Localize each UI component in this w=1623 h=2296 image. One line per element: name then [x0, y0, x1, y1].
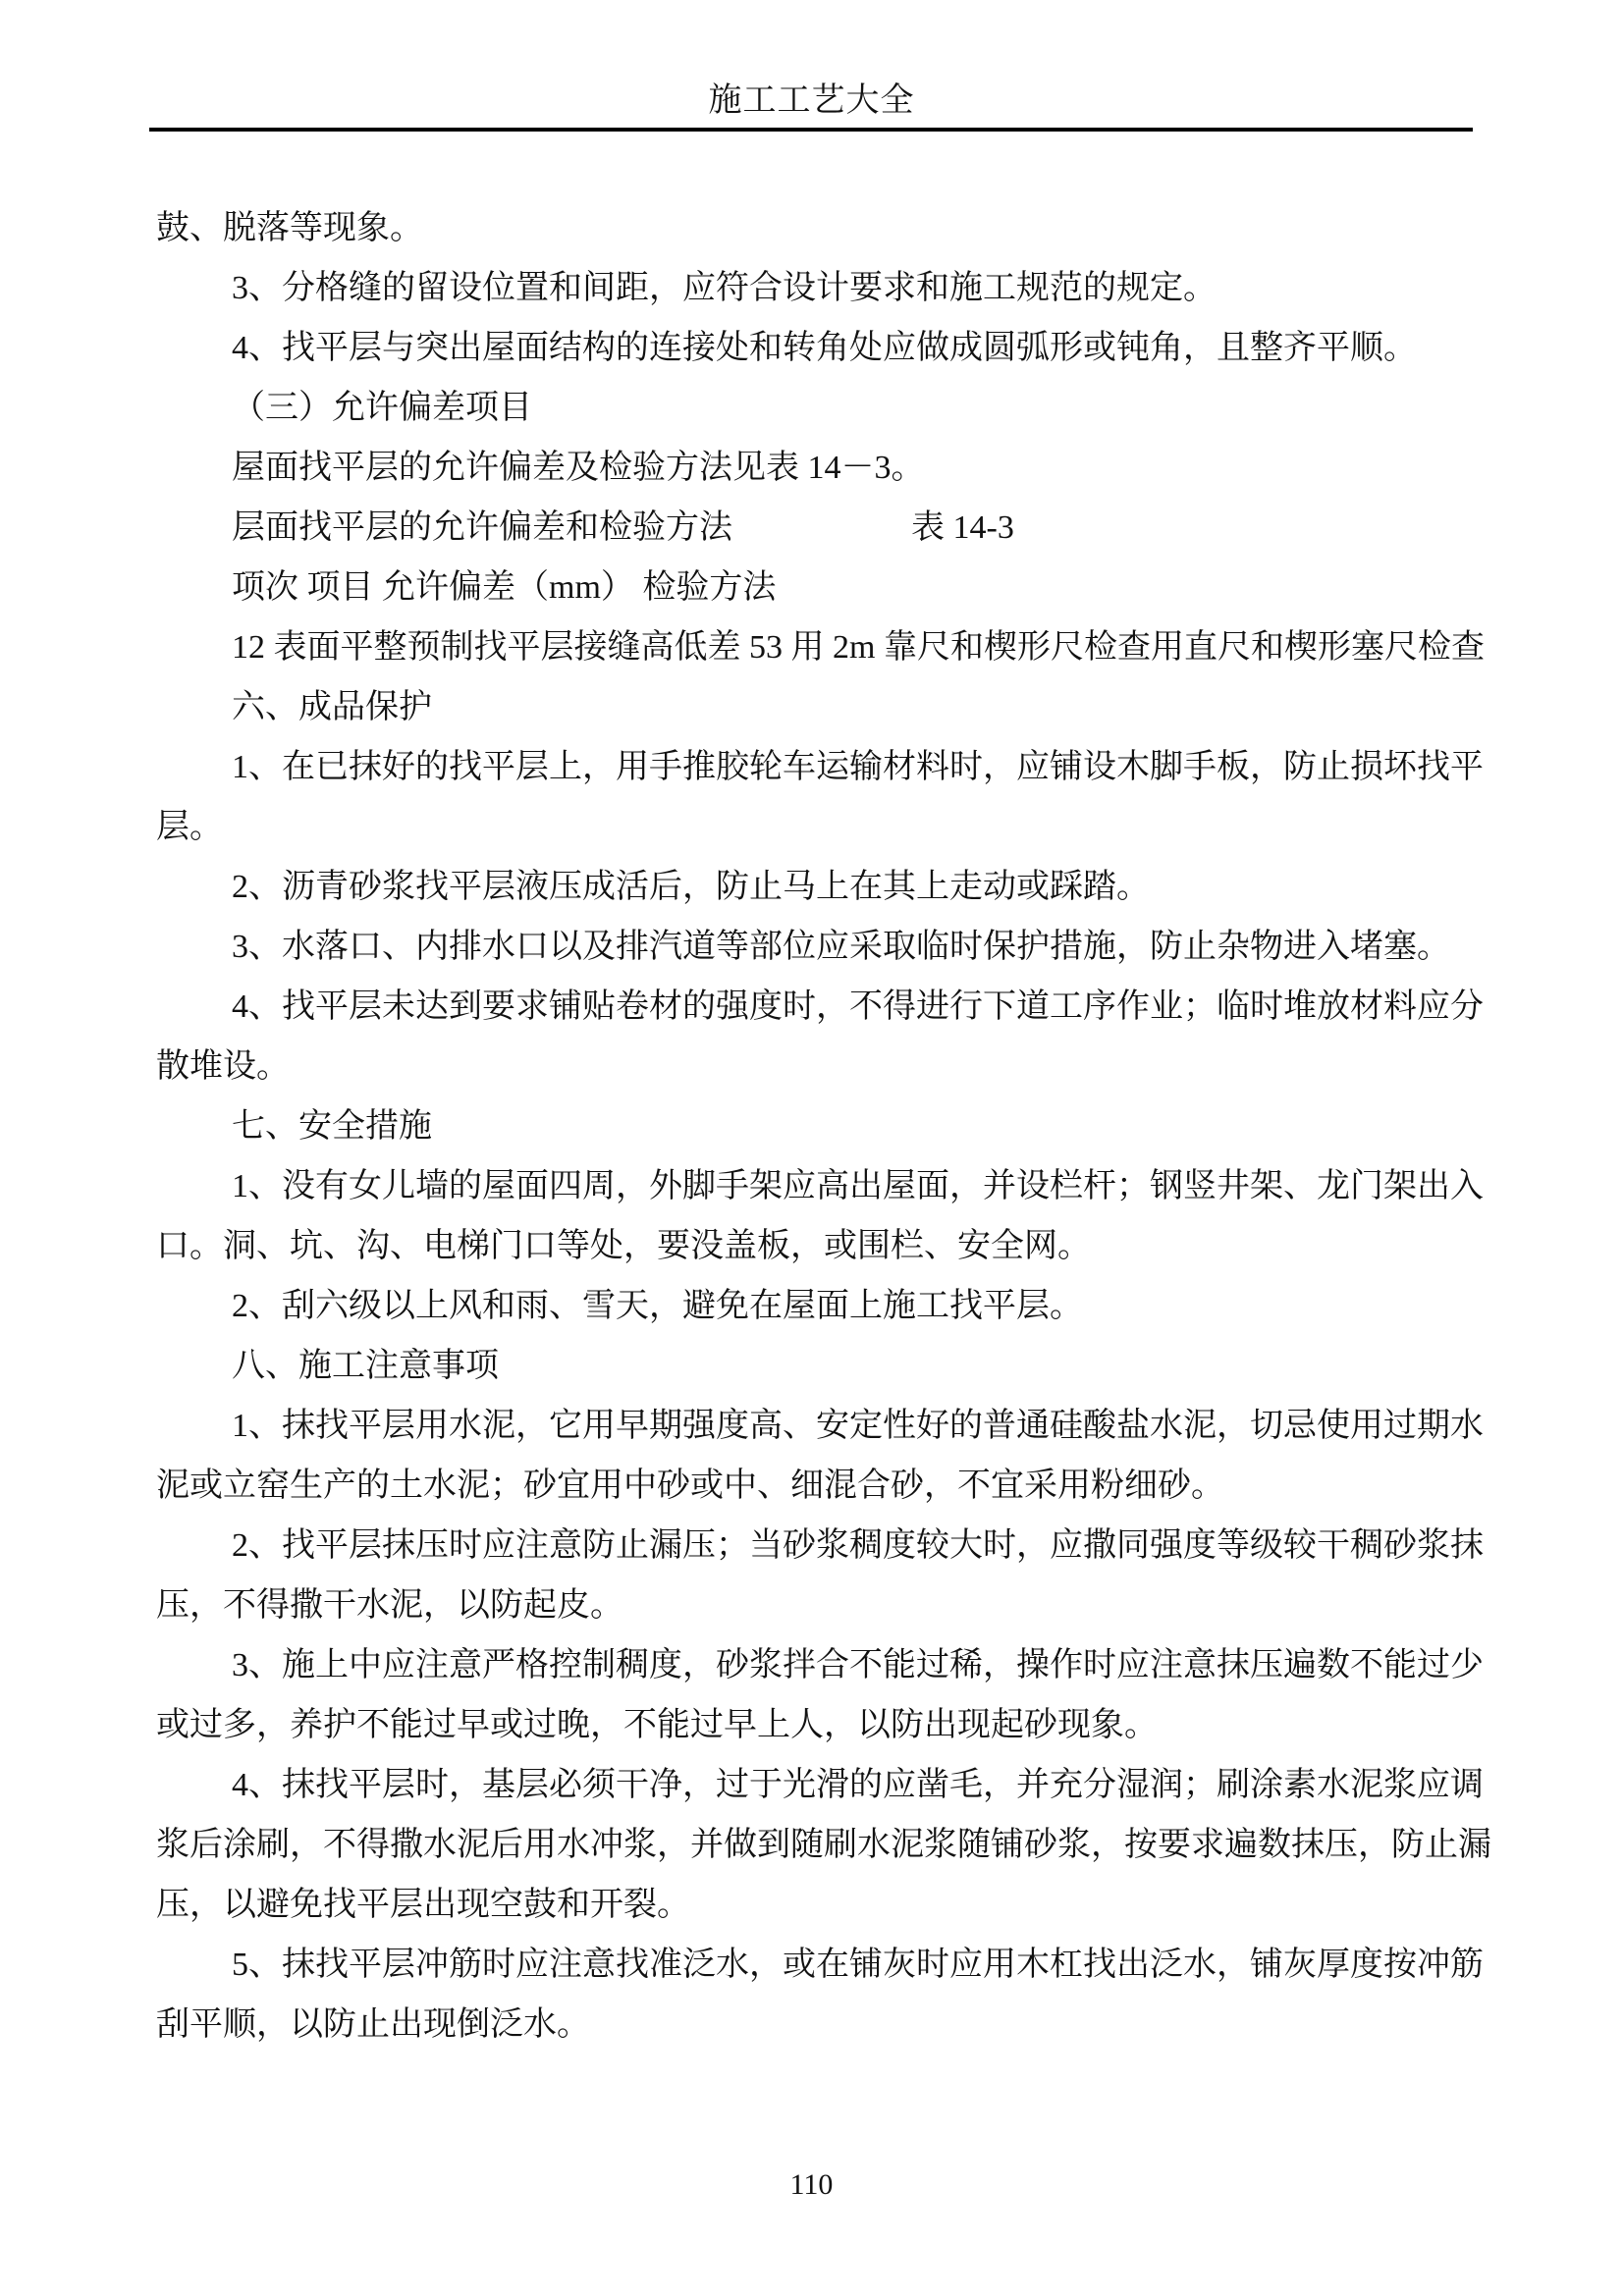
text-line: 六、成品保护 — [0, 677, 1623, 737]
text-line-content: 1、抹找平层用水泥，它用早期强度高、安定性好的普通硅酸盐水泥，切忌使用过期水 — [232, 1408, 1484, 1444]
text-line: 层面找平层的允许偏差和检验方法表 14-3 — [0, 498, 1623, 558]
text-line: 散堆设。 — [0, 1037, 1623, 1096]
text-line: 2、刮六级以上风和雨、雪天，避免在屋面上施工找平层。 — [0, 1276, 1623, 1336]
text-line: 3、水落口、内排水口以及排汽道等部位应采取临时保护措施，防止杂物进入堵塞。 — [0, 917, 1623, 977]
text-line-content: 2、刮六级以上风和雨、雪天，避免在屋面上施工找平层。 — [232, 1288, 1083, 1324]
text-line-content: 或过多，养护不能过早或过晚，不能过早上人，以防出现起砂现象。 — [156, 1707, 1158, 1743]
text-line: 鼓、脱落等现象。 — [0, 198, 1623, 258]
text-line-content: 口。洞、坑、沟、电梯门口等处，要没盖板，或围栏、安全网。 — [156, 1228, 1091, 1264]
text-line: 3、施上中应注意严格控制稠度，砂浆拌合不能过稀，操作时应注意抹压遍数不能过少 — [0, 1635, 1623, 1695]
text-line-content: 1、在已抹好的找平层上，用手推胶轮车运输材料时，应铺设木脚手板，防止损坏找平 — [232, 749, 1484, 785]
header-rule-divider — [149, 128, 1473, 132]
text-line-content: 七、安全措施 — [232, 1108, 432, 1145]
text-line-content: 泥或立窑生产的土水泥；砂宜用中砂或中、细混合砂，不宜采用粉细砂。 — [156, 1468, 1224, 1504]
text-line-content: 2、找平层抹压时应注意防止漏压；当砂浆稠度较大时，应撒同强度等级较干稠砂浆抹 — [232, 1527, 1484, 1564]
text-line-content: 鼓、脱落等现象。 — [156, 210, 423, 246]
text-line-content: 1、没有女儿墙的屋面四周，外脚手架应高出屋面，并设栏杆；钢竖井架、龙门架出入 — [232, 1168, 1484, 1204]
text-line-content: 层面找平层的允许偏差和检验方法 — [232, 509, 732, 546]
text-line-content: （三）允许偏差项目 — [232, 390, 532, 426]
text-line-content: 浆后涂刷，不得撒水泥后用水冲浆，并做到随刷水泥浆随铺砂浆，按要求遍数抹压，防止漏 — [156, 1827, 1491, 1863]
document-page: 施工工艺大全 鼓、脱落等现象。3、分格缝的留设位置和间距，应符合设计要求和施工规… — [0, 0, 1623, 2296]
text-line: 压，不得撒干水泥，以防起皮。 — [0, 1575, 1623, 1635]
text-line-content: 4、找平层未达到要求铺贴卷材的强度时，不得进行下道工序作业；临时堆放材料应分 — [232, 988, 1484, 1025]
header-title: 施工工艺大全 — [0, 81, 1623, 121]
text-line: 压，以避免找平层出现空鼓和开裂。 — [0, 1875, 1623, 1935]
text-line: 5、抹找平层冲筋时应注意找准泛水，或在铺灰时应用木杠找出泛水，铺灰厚度按冲筋 — [0, 1935, 1623, 1995]
text-line-content: 3、分格缝的留设位置和间距，应符合设计要求和施工规范的规定。 — [232, 270, 1217, 306]
text-line: 4、抹找平层时，基层必须干净，过于光滑的应凿毛，并充分湿润；刷涂素水泥浆应调 — [0, 1755, 1623, 1815]
text-line: 4、找平层与突出屋面结构的连接处和转角处应做成圆弧形或钝角，且整齐平顺。 — [0, 318, 1623, 378]
text-line-content: 2、沥青砂浆找平层液压成活后，防止马上在其上走动或踩踏。 — [232, 869, 1150, 905]
text-line-content: 3、施上中应注意严格控制稠度，砂浆拌合不能过稀，操作时应注意抹压遍数不能过少 — [232, 1647, 1484, 1683]
text-line-content: 5、抹找平层冲筋时应注意找准泛水，或在铺灰时应用木杠找出泛水，铺灰厚度按冲筋 — [232, 1947, 1484, 1983]
page-number: 110 — [790, 2168, 834, 2201]
text-line: 项次 项目 允许偏差（mm） 检验方法 — [0, 558, 1623, 617]
document-body: 鼓、脱落等现象。3、分格缝的留设位置和间距，应符合设计要求和施工规范的规定。4、… — [0, 198, 1623, 2055]
text-line: 浆后涂刷，不得撒水泥后用水冲浆，并做到随刷水泥浆随铺砂浆，按要求遍数抹压，防止漏 — [0, 1815, 1623, 1875]
text-line: 刮平顺，以防止出现倒泛水。 — [0, 1995, 1623, 2055]
text-line-content: 压，不得撒干水泥，以防起皮。 — [156, 1587, 623, 1624]
text-line-content: 散堆设。 — [156, 1048, 290, 1085]
page-footer: 110 — [0, 2167, 1623, 2203]
text-line: 1、没有女儿墙的屋面四周，外脚手架应高出屋面，并设栏杆；钢竖井架、龙门架出入 — [0, 1156, 1623, 1216]
text-line-content: 八、施工注意事项 — [232, 1348, 499, 1384]
text-line: 屋面找平层的允许偏差及检验方法见表 14－3。 — [0, 438, 1623, 498]
text-line-content: 压，以避免找平层出现空鼓和开裂。 — [156, 1887, 690, 1923]
text-line-content: 六、成品保护 — [232, 689, 432, 725]
text-line-content: 刮平顺，以防止出现倒泛水。 — [156, 2006, 590, 2043]
text-line: 或过多，养护不能过早或过晚，不能过早上人，以防出现起砂现象。 — [0, 1695, 1623, 1755]
text-line-content: 12 表面平整预制找平层接缝高低差 53 用 2m 靠尺和楔形尺检查用直尺和楔形… — [232, 629, 1485, 666]
table-caption-number: 表 14-3 — [911, 509, 1014, 546]
text-line: 1、在已抹好的找平层上，用手推胶轮车运输材料时，应铺设木脚手板，防止损坏找平 — [0, 737, 1623, 797]
text-line: 八、施工注意事项 — [0, 1336, 1623, 1396]
text-line-content: 4、抹找平层时，基层必须干净，过于光滑的应凿毛，并充分湿润；刷涂素水泥浆应调 — [232, 1767, 1484, 1803]
text-line: 口。洞、坑、沟、电梯门口等处，要没盖板，或围栏、安全网。 — [0, 1216, 1623, 1276]
text-line-content: 层。 — [156, 809, 223, 845]
text-line: 12 表面平整预制找平层接缝高低差 53 用 2m 靠尺和楔形尺检查用直尺和楔形… — [0, 617, 1623, 677]
text-line: 4、找平层未达到要求铺贴卷材的强度时，不得进行下道工序作业；临时堆放材料应分 — [0, 977, 1623, 1037]
text-line-content: 屋面找平层的允许偏差及检验方法见表 14－3。 — [232, 450, 925, 486]
text-line: （三）允许偏差项目 — [0, 378, 1623, 438]
text-line-content: 项次 项目 允许偏差（mm） 检验方法 — [232, 569, 776, 606]
text-line: 2、沥青砂浆找平层液压成活后，防止马上在其上走动或踩踏。 — [0, 857, 1623, 917]
text-line: 层。 — [0, 797, 1623, 857]
text-line: 3、分格缝的留设位置和间距，应符合设计要求和施工规范的规定。 — [0, 258, 1623, 318]
text-line: 泥或立窑生产的土水泥；砂宜用中砂或中、细混合砂，不宜采用粉细砂。 — [0, 1456, 1623, 1516]
text-line-content: 3、水落口、内排水口以及排汽道等部位应采取临时保护措施，防止杂物进入堵塞。 — [232, 929, 1450, 965]
text-line: 七、安全措施 — [0, 1096, 1623, 1156]
text-line-content: 4、找平层与突出屋面结构的连接处和转角处应做成圆弧形或钝角，且整齐平顺。 — [232, 330, 1417, 366]
text-line: 2、找平层抹压时应注意防止漏压；当砂浆稠度较大时，应撒同强度等级较干稠砂浆抹 — [0, 1516, 1623, 1575]
text-line: 1、抹找平层用水泥，它用早期强度高、安定性好的普通硅酸盐水泥，切忌使用过期水 — [0, 1396, 1623, 1456]
